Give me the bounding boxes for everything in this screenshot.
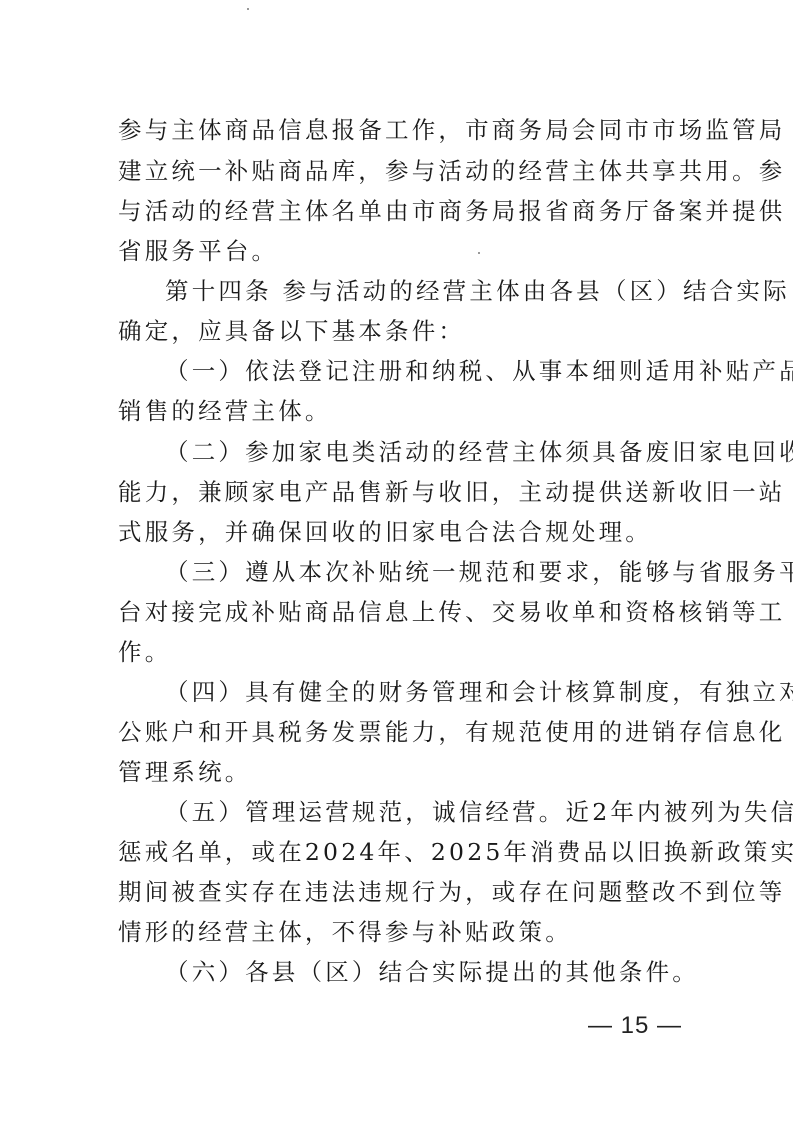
text-line: 惩戒名单，或在2024年、2025年消费品以旧换新政策实施 <box>118 837 678 867</box>
text-line: 确定，应具备以下基本条件： <box>118 316 678 346</box>
text-line: 与活动的经营主体名单由市商务局报省商务厅备案并提供 <box>118 196 678 226</box>
text-line: （一）依法登记注册和纳税、从事本细则适用补贴产品 <box>165 356 725 386</box>
document-page: 参与主体商品信息报备工作，市商务局会同市市场监管局建立统一补贴商品库，参与活动的… <box>0 0 793 1122</box>
text-line: 作。 <box>118 637 678 667</box>
text-line: （二）参加家电类活动的经营主体须具备废旧家电回收 <box>165 437 725 467</box>
text-line: （四）具有健全的财务管理和会计核算制度，有独立对 <box>165 677 725 707</box>
text-line: （六）各县（区）结合实际提出的其他条件。 <box>165 957 725 987</box>
text-line: 销售的经营主体。 <box>118 396 678 426</box>
text-line: （三）遵从本次补贴统一规范和要求，能够与省服务平 <box>165 557 725 587</box>
text-line: 公账户和开具税务发票能力，有规范使用的进销存信息化 <box>118 717 678 747</box>
text-line: 建立统一补贴商品库，参与活动的经营主体共享共用。参 <box>118 156 678 186</box>
page-number: — 15 — <box>588 1012 682 1040</box>
text-line: 管理系统。 <box>118 757 678 787</box>
text-line: 期间被查实存在违法违规行为，或存在问题整改不到位等 <box>118 877 678 907</box>
text-line: 第十四条 参与活动的经营主体由各县（区）结合实际 <box>165 276 725 306</box>
scan-speck <box>247 8 249 10</box>
text-line: 情形的经营主体，不得参与补贴政策。 <box>118 917 678 947</box>
text-line: 省服务平台。 <box>118 236 678 266</box>
text-line: 台对接完成补贴商品信息上传、交易收单和资格核销等工 <box>118 597 678 627</box>
text-line: 式服务，并确保回收的旧家电合法合规处理。 <box>118 517 678 547</box>
text-line: 能力，兼顾家电产品售新与收旧，主动提供送新收旧一站 <box>118 477 678 507</box>
text-line: （五）管理运营规范，诚信经营。近2年内被列为失信 <box>165 797 725 827</box>
text-line: 参与主体商品信息报备工作，市商务局会同市市场监管局 <box>118 115 678 145</box>
